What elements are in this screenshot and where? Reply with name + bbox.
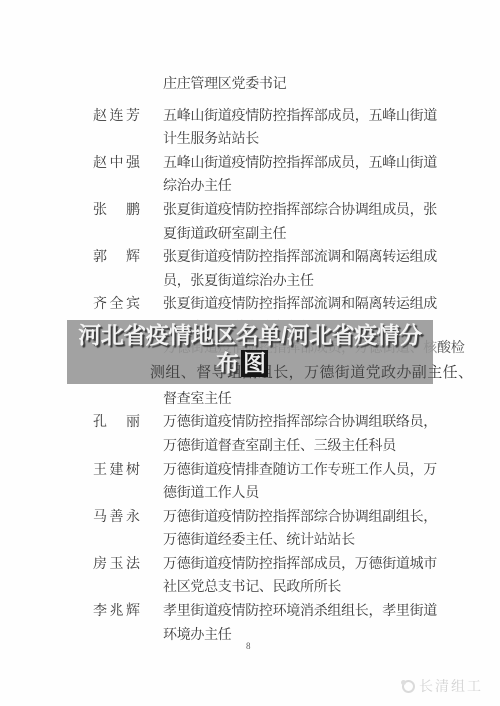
role-line: 综治办主任 xyxy=(163,175,500,199)
role-line: 督查室主任 xyxy=(163,388,500,412)
role-line: 计生服务站站长 xyxy=(163,128,500,152)
person-role: 孝里街道疫情防控环境消杀组组长，孝里街道环境办主任 xyxy=(163,600,500,647)
person-name: 房玉法 xyxy=(93,553,163,600)
role-line: 孝里街道疫情防控环境消杀组组长，孝里街道 xyxy=(163,600,500,624)
person-name xyxy=(93,73,163,97)
table-row: 张 鹏张夏街道疫情防控指挥部综合协调组成员，张夏街道政研室副主任 xyxy=(0,199,500,246)
table-row: 王建树万德街道疫情排查随访工作专班工作人员，万德街道工作人员 xyxy=(0,459,500,506)
role-line: 万德街道疫情防控指挥部综合协调组联络员， xyxy=(163,411,500,435)
table-row: 赵连芳五峰山街道疫情防控指挥部成员，五峰山街道计生服务站站长 xyxy=(0,105,500,152)
role-line: 万德街道督查室副主任、三级主任科员 xyxy=(163,435,500,459)
person-role: 万德街道疫情防控指挥部综合协调组副组长，万德街道经委主任、统计站站长 xyxy=(163,506,500,553)
table-row: 孔 丽万德街道疫情防控指挥部综合协调组联络员，万德街道督查室副主任、三级主任科员 xyxy=(0,411,500,458)
role-line: 员，张夏街道综治办主任 xyxy=(163,270,500,294)
person-name: 王建树 xyxy=(93,459,163,506)
watermark: 长清组工 xyxy=(402,676,483,696)
person-role: 万德街道疫情防控指挥部综合协调组联络员，万德街道督查室副主任、三级主任科员 xyxy=(163,411,500,458)
overlay-title: 河北省疫情地区名单/河北省疫情分 布图 xyxy=(67,322,433,377)
overlay-title-line1: 河北省疫情地区名单/河北省疫情分 xyxy=(67,322,433,349)
role-line: 庄庄管理区党委书记 xyxy=(163,73,500,97)
role-line: 五峰山街道疫情防控指挥部成员，五峰山街道 xyxy=(163,152,500,176)
watermark-logo-icon xyxy=(402,680,415,693)
person-name: 赵中强 xyxy=(93,152,163,199)
role-line: 德街道工作人员 xyxy=(163,482,500,506)
role-line: 张夏街道疫情防控指挥部流调和隔离转运组成 xyxy=(163,293,500,317)
text-fragment: 酸检 xyxy=(437,339,464,359)
person-name: 张 鹏 xyxy=(93,199,163,246)
role-line: 五峰山街道疫情防控指挥部成员，五峰山街道 xyxy=(163,105,500,129)
table-row: 郭 辉张夏街道疫情防控指挥部流调和隔离转运组成员，张夏街道综治办主任 xyxy=(0,246,500,293)
role-line: 万德街道疫情排查随访工作专班工作人员，万 xyxy=(163,459,500,483)
role-line: 张夏街道疫情防控指挥部综合协调组成员，张 xyxy=(163,199,500,223)
person-role: 督查室主任 xyxy=(163,388,500,412)
role-line: 万德街道疫情防控指挥部成员，万德街道城市 xyxy=(163,553,500,577)
person-role: 万德街道疫情排查随访工作专班工作人员，万德街道工作人员 xyxy=(163,459,500,506)
role-line: 万德街道经委主任、统计站站长 xyxy=(163,529,500,553)
role-line: 社区党总支书记、民政所所长 xyxy=(163,576,500,600)
person-role: 张夏街道疫情防控指挥部综合协调组成员，张夏街道政研室副主任 xyxy=(163,199,500,246)
person-role: 五峰山街道疫情防控指挥部成员，五峰山街道综治办主任 xyxy=(163,152,500,199)
person-name: 李兆辉 xyxy=(93,600,163,647)
person-role: 万德街道疫情防控指挥部成员，万德街道城市社区党总支书记、民政所所长 xyxy=(163,553,500,600)
person-name: 赵连芳 xyxy=(93,105,163,152)
table-row: 庄庄管理区党委书记 xyxy=(0,73,500,97)
person-role: 庄庄管理区党委书记 xyxy=(163,73,500,97)
role-line: 万德街道疫情防控指挥部综合协调组副组长， xyxy=(163,506,500,530)
role-line: 张夏街道疫情防控指挥部流调和隔离转运组成 xyxy=(163,246,500,270)
person-role: 张夏街道疫情防控指挥部流调和隔离转运组成员，张夏街道综治办主任 xyxy=(163,246,500,293)
table-row: 房玉法万德街道疫情防控指挥部成员，万德街道城市社区党总支书记、民政所所长 xyxy=(0,553,500,600)
document-page: 庄庄管理区党委书记赵连芳五峰山街道疫情防控指挥部成员，五峰山街道计生服务站站长赵… xyxy=(0,0,500,706)
person-name: 孔 丽 xyxy=(93,411,163,458)
role-line: 夏街道政研室副主任 xyxy=(163,223,500,247)
overlay-title-line2-boxed: 图 xyxy=(241,350,268,377)
page-number: 8 xyxy=(246,641,251,651)
role-line: 环境办主任 xyxy=(163,624,500,648)
table-row: 马善永万德街道疫情防控指挥部综合协调组副组长，万德街道经委主任、统计站站长 xyxy=(0,506,500,553)
person-name xyxy=(93,388,163,412)
overlay-title-line2: 布图 xyxy=(59,350,425,377)
person-name: 马善永 xyxy=(93,506,163,553)
table-row: 督查室主任 xyxy=(0,388,500,412)
overlay-title-line2-plain: 布 xyxy=(216,350,239,376)
table-row: 赵中强五峰山街道疫情防控指挥部成员，五峰山街道综治办主任 xyxy=(0,152,500,199)
person-role: 五峰山街道疫情防控指挥部成员，五峰山街道计生服务站站长 xyxy=(163,105,500,152)
watermark-label: 长清组工 xyxy=(419,676,483,696)
person-name: 郭 辉 xyxy=(93,246,163,293)
